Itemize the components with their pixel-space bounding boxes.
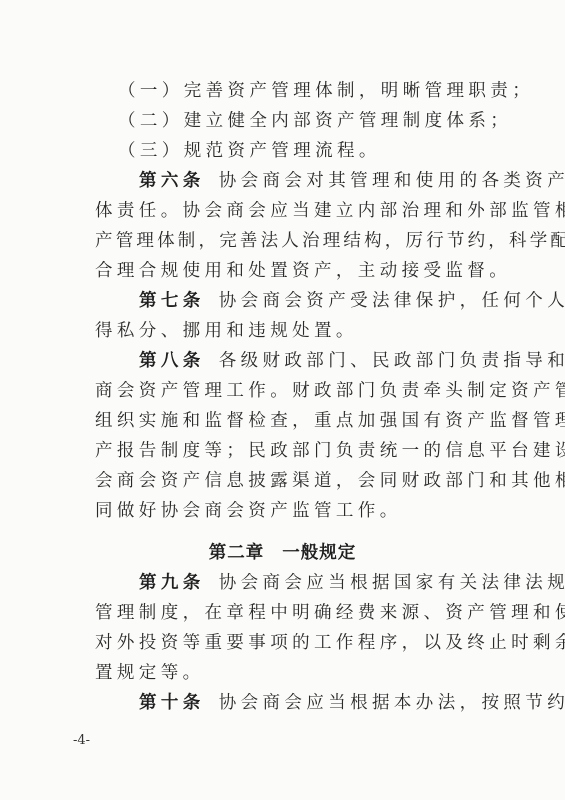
article-9-line: 对外投资等重要事项的工作程序，以及终止时剩余资产的处	[95, 628, 475, 658]
article-text: 协会商会对其管理和使用的各类资产承担主	[219, 171, 565, 191]
article-label: 第七条	[139, 291, 205, 311]
list-marker: （二）	[118, 111, 184, 131]
list-item: （三）规范资产管理流程。	[118, 136, 498, 166]
article-6-line: 合理合规使用和处置资产，主动接受监督。	[95, 256, 475, 286]
article-8-line: 会商会资产信息披露渠道，会同财政部门和其他相关部门共	[95, 466, 475, 496]
article-6-line: 体责任。协会商会应当建立内部治理和外部监管相结合的资	[95, 196, 475, 226]
list-text: 建立健全内部资产管理制度体系；	[184, 111, 513, 131]
list-item: （一）完善资产管理体制，明晰管理职责；	[118, 76, 498, 106]
article-8-line: 组织实施和监督检查，重点加强国有资产监督管理，建立资	[95, 406, 475, 436]
page-number: -4-	[73, 733, 90, 748]
article-6-line: 第六条协会商会对其管理和使用的各类资产承担主	[139, 166, 519, 196]
list-marker: （三）	[118, 141, 184, 161]
article-text: 各级财政部门、民政部门负责指导和监管协会	[219, 351, 565, 371]
article-text: 协会商会资产受法律保护，任何个人和团体不	[219, 291, 565, 311]
article-6-line: 产管理体制，完善法人治理结构，厉行节约，科学配置资产，	[95, 226, 475, 256]
chapter-heading: 第二章一般规定	[0, 538, 565, 568]
list-text: 完善资产管理体制，明晰管理职责；	[184, 81, 534, 101]
article-7-line: 第七条协会商会资产受法律保护，任何个人和团体不	[139, 286, 519, 316]
chapter-number: 第二章	[209, 543, 265, 563]
article-text: 协会商会应当根据本办法，按照节约高效、科	[219, 693, 565, 713]
chapter-title: 一般规定	[282, 543, 356, 563]
article-text: 协会商会应当根据国家有关法律法规和资产	[219, 573, 565, 593]
article-8-line: 同做好协会商会资产监管工作。	[95, 496, 475, 526]
article-label: 第六条	[139, 171, 205, 191]
list-item: （二）建立健全内部资产管理制度体系；	[118, 106, 498, 136]
article-8-line: 第八条各级财政部门、民政部门负责指导和监管协会	[139, 346, 519, 376]
article-8-line: 产报告制度等；民政部门负责统一的信息平台建设，构建协	[95, 436, 475, 466]
article-9-line: 第九条协会商会应当根据国家有关法律法规和资产	[139, 568, 519, 598]
document-page: （一）完善资产管理体制，明晰管理职责； （二）建立健全内部资产管理制度体系； （…	[0, 0, 565, 800]
article-7-line: 得私分、挪用和违规处置。	[95, 316, 475, 346]
article-10-line: 第十条协会商会应当根据本办法，按照节约高效、科	[139, 688, 519, 718]
article-9-line: 置规定等。	[95, 658, 475, 688]
article-label: 第十条	[139, 693, 205, 713]
article-label: 第八条	[139, 351, 205, 371]
article-9-line: 管理制度，在章程中明确经费来源、资产管理和使用原则、	[95, 598, 475, 628]
list-text: 规范资产管理流程。	[184, 141, 381, 161]
article-8-line: 商会资产管理工作。财政部门负责牵头制定资产管理制度并	[95, 376, 475, 406]
list-marker: （一）	[118, 81, 184, 101]
article-label: 第九条	[139, 573, 205, 593]
